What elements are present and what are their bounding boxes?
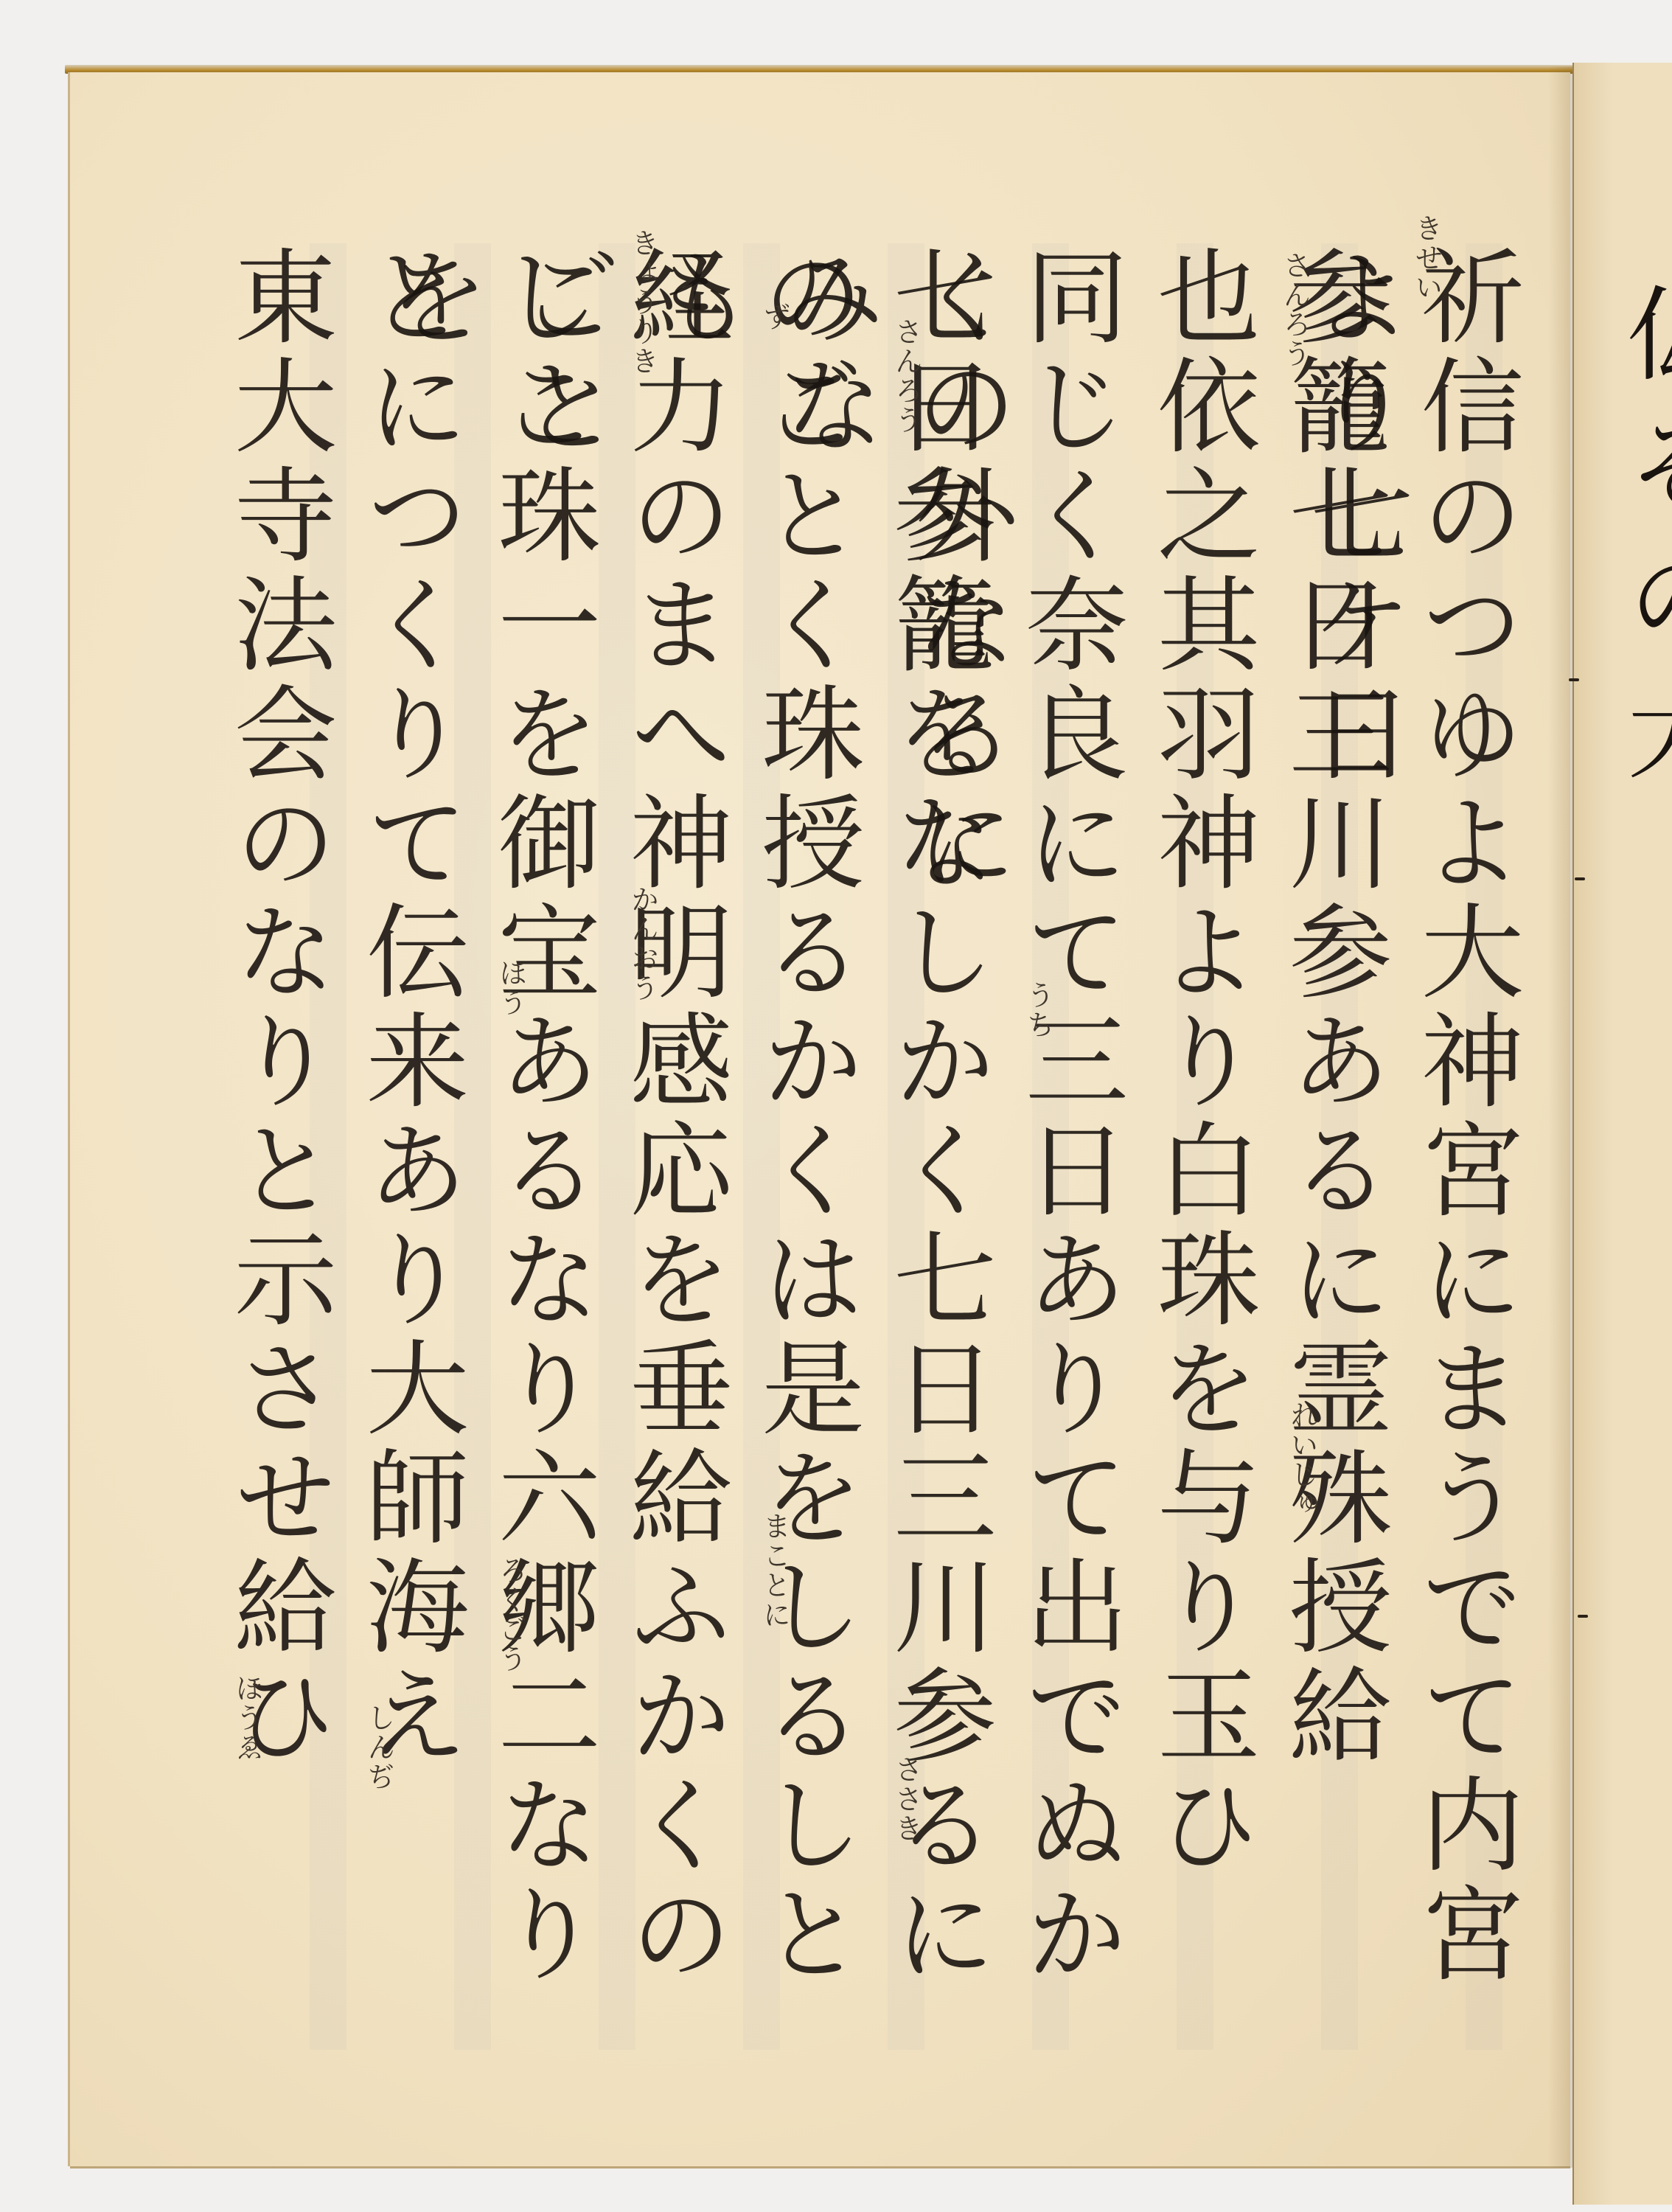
- column-text: 東大寺法会のなりと示させ給ひ: [217, 243, 337, 1771]
- column-text: 参籠七日三川参あるに霊殊授給: [1272, 243, 1392, 1771]
- column-text: 也依之其羽神より白珠を与り玉ひ: [1140, 243, 1260, 1880]
- furigana: かんおう: [588, 885, 698, 1003]
- right-page-partial-column: 仏その大: [1614, 280, 1672, 811]
- binding-stitch: [1575, 877, 1585, 880]
- text-column-6: のごとく珠授るかくは是をしるしとも ず まことに: [749, 243, 860, 2050]
- furigana: まことに: [720, 1512, 830, 1630]
- text-column-5: 七日参籠をなしかく七日三川参るにみな さんろう ささき: [880, 243, 991, 2050]
- furigana: しんぢ: [324, 1703, 434, 1792]
- text-column-3: 也依之其羽神より白珠を与り玉ひ: [1144, 243, 1255, 2050]
- text-column-4: 同じく奈良にて三日ありて出でぬかくの外なるに うち: [1012, 243, 1123, 2050]
- column-text: とにつくりて伝来あり大師海え: [349, 243, 469, 1771]
- text-column-2: 参籠七日三川参あるに霊殊授給 さんろう れいじゅ: [1276, 243, 1387, 2050]
- text-column-8: しこ珠一を御宝あるなり六郷二なりを ほう ろくごう: [485, 243, 596, 2050]
- binding-stitch: [1569, 678, 1579, 681]
- text-column-7: 経力のまへ神明感応を垂給ふかくのごと きょうりき かんおう: [617, 243, 728, 2050]
- text-column-1: 祈信のつゆよ大神宮にまうでて内宮より七ケ日 きせい: [1408, 243, 1519, 2050]
- furigana: きょうりき: [588, 229, 698, 376]
- furigana: ず: [720, 302, 830, 332]
- text-column-10: 東大寺法会のなりと示させ給ひ ほうゑ: [221, 243, 332, 2050]
- furigana: ほうゑ: [192, 1674, 302, 1762]
- furigana: ろくごう: [456, 1556, 566, 1674]
- furigana: ささき: [851, 1755, 961, 1843]
- text-column-9: とにつくりて伝来あり大師海え しんぢ: [353, 243, 464, 2050]
- furigana: さんろう: [851, 317, 961, 435]
- binding-stitch: [1578, 1615, 1588, 1618]
- manuscript-text-block: 祈信のつゆよ大神宮にまうでて内宮より七ケ日 きせい 参籠七日三川参あるに霊殊授給…: [221, 243, 1519, 2050]
- furigana: れいじゅ: [1247, 1401, 1357, 1519]
- furigana: うち: [983, 981, 1093, 1040]
- furigana: ほう: [456, 959, 566, 1018]
